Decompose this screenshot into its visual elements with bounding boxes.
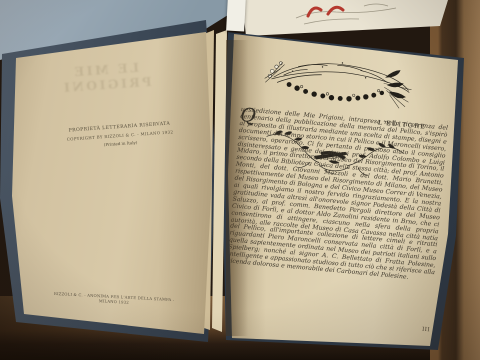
bookmark-slip [226, 0, 246, 31]
left-page: LE MIE PRIGIONI PROPRIETÀ LETTERARIA RIS… [8, 26, 230, 340]
editor-note-text: uest'edizione delle Mie Prigioni, intrap… [227, 107, 449, 284]
floral-garland-headpiece-icon [261, 47, 421, 115]
photo-of-open-book: LE MIE PRIGIONI PROPRIETÀ LETTERARIA RIS… [0, 0, 480, 360]
background-illustrated-paper [236, 0, 448, 42]
red-ink-sketch-icon [294, 0, 404, 26]
gutter-shadow [226, 40, 252, 336]
page-number: III [422, 327, 430, 334]
right-page: Quest'edizione delle Mie Prigioni, intra… [226, 24, 464, 354]
